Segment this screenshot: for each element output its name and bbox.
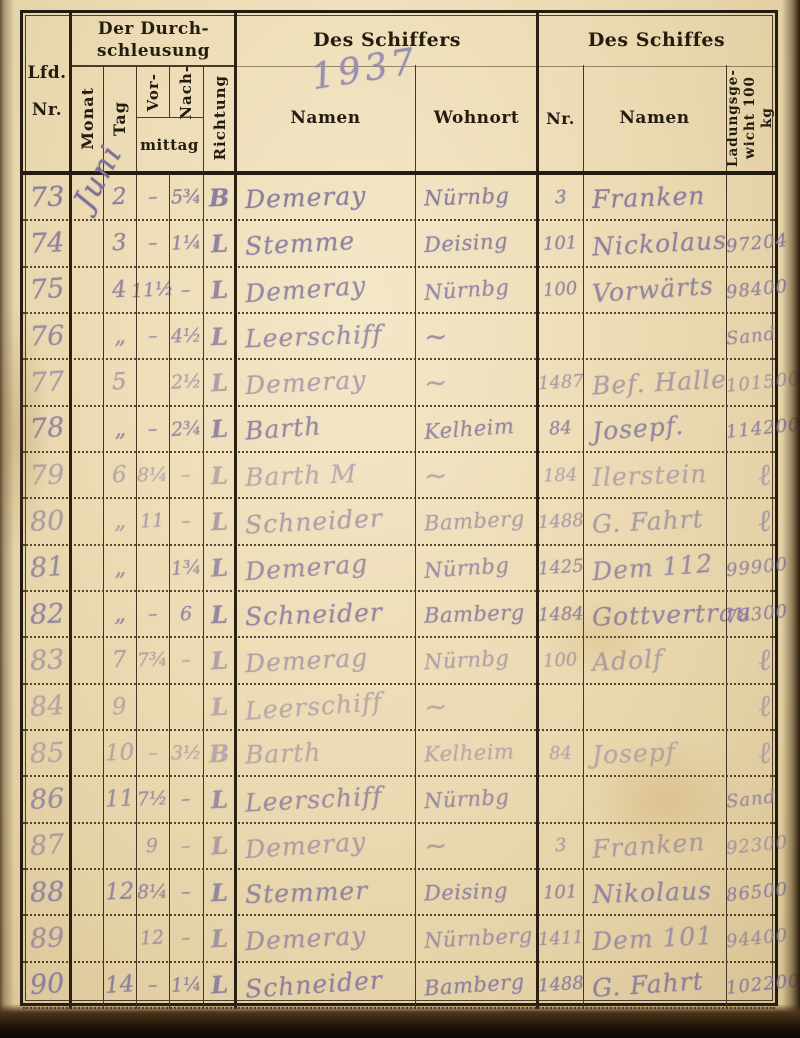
handwritten-entry: Vorwärts bbox=[591, 271, 715, 308]
cell-monat bbox=[71, 407, 103, 451]
cell-schiff-nr bbox=[538, 777, 583, 821]
handwritten-entry: 86500 bbox=[725, 878, 789, 905]
cell-lfd: 81 bbox=[23, 546, 71, 590]
cell-wohnort: Nürnbg bbox=[415, 175, 538, 219]
cell-schiff-name: Dem 112 bbox=[583, 546, 726, 590]
handwritten-entry: Bamberg bbox=[423, 969, 525, 1000]
handwritten-entry: 3 bbox=[112, 230, 128, 257]
cell-schiff-nr: 101 bbox=[538, 870, 583, 914]
handwritten-entry: Kelheim bbox=[424, 740, 515, 767]
cell-wohnort: Kelheim bbox=[415, 731, 538, 775]
cell-monat bbox=[71, 963, 103, 1007]
cell-gewicht: ℓ bbox=[726, 499, 775, 543]
cell-lfd: 84 bbox=[23, 685, 71, 729]
cell-wohnort: Deising bbox=[415, 221, 538, 265]
schiffer-namen-label: Namen bbox=[290, 108, 360, 128]
handwritten-entry: 3 bbox=[554, 186, 566, 207]
col-header-richtung: Richtung bbox=[203, 65, 236, 171]
col-header-gewicht: Ladungsge- wicht 100 kg bbox=[726, 65, 775, 171]
cell-vormittag: – bbox=[136, 731, 169, 775]
handwritten-entry: ~ bbox=[423, 365, 449, 399]
handwritten-entry: 1¼ bbox=[170, 973, 202, 997]
cell-schiffer-name: Demeray bbox=[236, 360, 415, 404]
handwritten-entry: 11 bbox=[140, 510, 165, 533]
handwritten-entry: 100 bbox=[543, 278, 579, 301]
handwritten-entry: ~ bbox=[423, 319, 448, 353]
gewicht-line1: Ladungsge- bbox=[725, 65, 742, 171]
body-divider-tag-vor bbox=[136, 175, 137, 1009]
cell-richtung: L bbox=[203, 546, 236, 590]
cell-richtung: L bbox=[203, 916, 236, 960]
cell-schiff-nr: 101 bbox=[538, 221, 583, 265]
handwritten-entry: L bbox=[211, 877, 229, 907]
cell-vormittag: 8¼ bbox=[136, 453, 169, 497]
handwritten-entry: L bbox=[210, 923, 228, 953]
cell-lfd: 90 bbox=[23, 963, 71, 1007]
cell-vormittag: 9 bbox=[136, 824, 169, 868]
handwritten-entry: L bbox=[210, 785, 228, 815]
handwritten-entry: 1488 bbox=[537, 973, 584, 997]
cell-nachmittag: – bbox=[169, 916, 203, 960]
divider-richtung-schiffer bbox=[234, 13, 237, 171]
divider-vor-nach bbox=[169, 65, 170, 117]
cell-nachmittag: 4½ bbox=[169, 314, 203, 358]
col-header-schiff-namen: Namen bbox=[583, 65, 726, 171]
cell-schiff-nr: 84 bbox=[538, 731, 583, 775]
cell-vormittag: 8¼ bbox=[136, 870, 169, 914]
handwritten-entry: Deising bbox=[424, 879, 509, 906]
cell-wohnort: Nürnbg bbox=[415, 638, 538, 682]
handwritten-entry: 184 bbox=[543, 464, 578, 486]
handwritten-entry: Demeray bbox=[244, 365, 367, 400]
handwritten-entry: 11½ bbox=[130, 277, 174, 302]
handwritten-entry: 1488 bbox=[537, 510, 584, 533]
handwritten-entry: 79 bbox=[29, 459, 64, 491]
cell-richtung: L bbox=[203, 870, 236, 914]
cell-monat bbox=[71, 453, 103, 497]
handwritten-entry: 98400 bbox=[725, 276, 789, 303]
handwritten-entry: – bbox=[147, 186, 157, 208]
handwritten-entry: 12 bbox=[140, 927, 165, 950]
cell-nachmittag: 5¾ bbox=[169, 175, 203, 219]
handwritten-entry: 75 bbox=[29, 273, 65, 306]
handwritten-entry: 1487 bbox=[537, 371, 584, 394]
cell-wohnort: ~ bbox=[415, 360, 538, 404]
col-header-schiff-nr: Nr. bbox=[538, 65, 583, 171]
body-divider-namen-wohnort bbox=[415, 175, 416, 1009]
lfd-line1: Lfd. bbox=[27, 55, 66, 92]
scan-edge-right bbox=[782, 0, 800, 1038]
handwritten-entry: – bbox=[147, 973, 158, 996]
cell-schiff-name: Dem 101 bbox=[583, 916, 726, 960]
handwritten-entry: Demeray bbox=[244, 921, 367, 956]
handwritten-entry: 6 bbox=[112, 462, 128, 488]
cell-gewicht: ℓ bbox=[726, 453, 775, 497]
handwritten-entry: Nickolaus bbox=[591, 225, 727, 261]
cell-richtung: L bbox=[203, 360, 236, 404]
handwritten-entry: Nürnbg bbox=[423, 275, 510, 305]
cell-nachmittag: – bbox=[169, 870, 203, 914]
cell-tag: „ bbox=[103, 314, 136, 358]
cell-vormittag: – bbox=[136, 963, 169, 1007]
handwritten-entry: 8¼ bbox=[137, 881, 168, 904]
cell-schiffer-name: Demeray bbox=[236, 916, 415, 960]
cell-richtung: L bbox=[203, 314, 236, 358]
cell-schiffer-name: Schneider bbox=[236, 499, 415, 543]
ledger-scan: Lfd. Nr. Der Durch- schleusung Monat Tag… bbox=[0, 0, 800, 1038]
cell-gewicht: ℓ bbox=[726, 731, 775, 775]
cell-tag: 6 bbox=[103, 453, 136, 497]
handwritten-entry: Schneider bbox=[245, 597, 384, 631]
lfd-line2: Nr. bbox=[32, 92, 62, 129]
handwritten-entry: 90 bbox=[29, 968, 65, 1001]
cell-lfd: 86 bbox=[23, 777, 71, 821]
handwritten-entry: 74 bbox=[29, 227, 65, 260]
cell-richtung: L bbox=[203, 221, 236, 265]
cell-tag: 10 bbox=[103, 731, 136, 775]
cell-nachmittag: 3½ bbox=[169, 731, 203, 775]
handwritten-entry: L bbox=[210, 970, 229, 1000]
divider-lfd bbox=[69, 13, 72, 171]
cell-richtung: B bbox=[203, 731, 236, 775]
cell-lfd: 88 bbox=[23, 870, 71, 914]
handwritten-entry: Schneider bbox=[244, 503, 383, 539]
cell-tag: 3 bbox=[103, 221, 136, 265]
cell-schiffer-name: Demeray bbox=[236, 824, 415, 868]
handwritten-entry: ~ bbox=[423, 689, 449, 724]
handwritten-entry: – bbox=[180, 834, 191, 857]
cell-richtung: L bbox=[203, 824, 236, 868]
handwritten-entry: Nürnbg bbox=[423, 646, 509, 674]
richtung-label: Richtung bbox=[211, 75, 229, 160]
cell-richtung: L bbox=[203, 268, 236, 312]
handwritten-entry: 84 bbox=[548, 418, 572, 441]
handwritten-entry: ℓ bbox=[756, 689, 773, 725]
handwritten-entry: 85 bbox=[29, 737, 64, 769]
cell-lfd: 82 bbox=[23, 592, 71, 636]
handwritten-entry: Barth bbox=[244, 412, 322, 446]
handwritten-entry: 100 bbox=[543, 649, 578, 672]
cell-schiff-nr: 3 bbox=[538, 824, 583, 868]
cell-gewicht: ℓ bbox=[726, 685, 775, 729]
cell-tag: 11 bbox=[103, 777, 136, 821]
body-divider-wohnort-schiffnr bbox=[536, 175, 539, 1009]
body-divider-vor-nach bbox=[169, 175, 170, 1009]
cell-tag: 12 bbox=[103, 870, 136, 914]
cell-vormittag: – bbox=[136, 592, 169, 636]
cell-tag: 9 bbox=[103, 685, 136, 729]
body-divider-richtung-schiffer bbox=[234, 175, 237, 1009]
handwritten-entry: 78 bbox=[29, 412, 65, 445]
handwritten-entry: 2 bbox=[112, 184, 128, 210]
cell-vormittag: – bbox=[136, 175, 169, 219]
cell-lfd: 78 bbox=[23, 407, 71, 451]
cell-tag: „ bbox=[103, 592, 136, 636]
rule-under-schiff bbox=[538, 66, 775, 67]
cell-schiff-name bbox=[583, 685, 726, 729]
cell-schiff-name: Gottvertrau bbox=[583, 592, 726, 636]
cell-monat bbox=[71, 314, 103, 358]
handwritten-entry: 1484 bbox=[537, 603, 584, 626]
cell-nachmittag: 1¼ bbox=[169, 221, 203, 265]
handwritten-entry: 14 bbox=[104, 971, 135, 999]
handwritten-entry: – bbox=[147, 603, 157, 625]
rule-under-vor-nach bbox=[136, 117, 203, 118]
handwritten-entry: 76 bbox=[29, 320, 64, 352]
handwritten-entry: L bbox=[210, 692, 229, 722]
handwritten-entry: L bbox=[211, 460, 229, 490]
handwritten-entry: L bbox=[210, 275, 229, 305]
handwritten-entry: Adolf bbox=[591, 644, 664, 677]
cell-vormittag bbox=[136, 685, 169, 729]
cell-schiff-nr bbox=[538, 314, 583, 358]
vor-label: Vor- bbox=[144, 73, 162, 111]
cell-vormittag: 7½ bbox=[136, 777, 169, 821]
handwritten-entry: Bef. Halle bbox=[591, 364, 727, 400]
handwritten-entry: 88 bbox=[29, 876, 64, 908]
handwritten-entry: 8¼ bbox=[137, 464, 168, 487]
handwritten-entry: 84 bbox=[549, 742, 573, 764]
handwritten-entry: – bbox=[181, 649, 192, 671]
cell-tag: 7 bbox=[103, 638, 136, 682]
handwritten-entry: 101 bbox=[543, 232, 578, 255]
divider-tag-vor bbox=[136, 65, 137, 171]
cell-wohnort: Nürnbg bbox=[415, 546, 538, 590]
handwritten-entry: Leerschiff bbox=[245, 319, 384, 353]
cell-nachmittag: 1¾ bbox=[169, 546, 203, 590]
handwritten-entry: 84 bbox=[29, 690, 65, 723]
handwritten-entry: Sand bbox=[725, 323, 777, 349]
handwritten-entry: 7 bbox=[112, 647, 128, 674]
cell-schiff-name: Vorwärts bbox=[583, 268, 726, 312]
cell-monat bbox=[71, 499, 103, 543]
handwritten-entry: 3 bbox=[554, 835, 567, 857]
handwritten-entry: 80 bbox=[29, 505, 65, 538]
cell-gewicht bbox=[726, 175, 775, 219]
handwritten-entry: – bbox=[180, 279, 191, 302]
handwritten-entry: Bamberg bbox=[424, 600, 525, 628]
handwritten-entry: 89 bbox=[29, 922, 65, 955]
durchschleusung-line1: Der Durch- bbox=[98, 18, 209, 40]
monat-label: Monat bbox=[78, 87, 97, 150]
cell-vormittag: – bbox=[136, 407, 169, 451]
handwritten-entry: 94400 bbox=[725, 925, 789, 952]
cell-lfd: 74 bbox=[23, 221, 71, 265]
cell-nachmittag: – bbox=[169, 824, 203, 868]
cell-schiffer-name: Stemmer bbox=[236, 870, 415, 914]
cell-schiff-name: G. Fahrt bbox=[583, 499, 726, 543]
handwritten-entry: – bbox=[181, 464, 191, 486]
cell-schiffer-name: Stemme bbox=[236, 221, 415, 265]
handwritten-entry: Dem 101 bbox=[591, 921, 714, 956]
handwritten-entry: 78300 bbox=[725, 600, 789, 627]
register-table: Lfd. Nr. Der Durch- schleusung Monat Tag… bbox=[20, 10, 778, 1006]
cell-vormittag: – bbox=[136, 221, 169, 265]
handwritten-entry: „ bbox=[113, 323, 126, 349]
cell-richtung: L bbox=[203, 777, 236, 821]
cell-lfd: 83 bbox=[23, 638, 71, 682]
handwritten-entry: Nürnbg bbox=[423, 785, 509, 813]
handwritten-entry: Demeray bbox=[244, 271, 367, 308]
nach-label: Nach- bbox=[177, 65, 195, 120]
handwritten-entry: ~ bbox=[423, 828, 449, 863]
cell-wohnort: ~ bbox=[415, 314, 538, 358]
cell-tag: „ bbox=[103, 499, 136, 543]
cell-richtung: L bbox=[203, 407, 236, 451]
cell-wohnort: ~ bbox=[415, 685, 538, 729]
cell-richtung: L bbox=[203, 638, 236, 682]
cell-richtung: L bbox=[203, 453, 236, 497]
handwritten-entry: Sand bbox=[725, 786, 777, 812]
cell-lfd: 89 bbox=[23, 916, 71, 960]
cell-schiff-nr: 1488 bbox=[538, 499, 583, 543]
cell-schiff-name: Franken bbox=[583, 175, 726, 219]
cell-schiff-nr: 1411 bbox=[538, 916, 583, 960]
scan-edge-left bbox=[0, 0, 14, 1038]
body-divider-nach-richtung bbox=[203, 175, 204, 1009]
handwritten-entry: 87 bbox=[29, 829, 65, 862]
cell-tag: „ bbox=[103, 407, 136, 451]
cell-schiffer-name: Leerschiff bbox=[236, 777, 415, 821]
col-header-wohnort: Wohnort bbox=[415, 65, 538, 171]
scan-edge-bottom bbox=[0, 1004, 800, 1038]
wohnort-label: Wohnort bbox=[434, 108, 519, 128]
cell-richtung: L bbox=[203, 592, 236, 636]
handwritten-entry: 12 bbox=[104, 879, 134, 906]
table-header: Lfd. Nr. Der Durch- schleusung Monat Tag… bbox=[23, 13, 775, 171]
handwritten-entry: Demerag bbox=[244, 643, 369, 678]
handwritten-entry: Nürnbg bbox=[424, 184, 510, 211]
handwritten-entry: Deising bbox=[423, 229, 508, 257]
body-divider-lfd bbox=[69, 175, 72, 1009]
handwritten-entry: Bamberg bbox=[423, 507, 525, 536]
cell-wohnort: Nürnbg bbox=[415, 268, 538, 312]
handwritten-entry: Josepf bbox=[592, 737, 677, 769]
schiff-namen-label: Namen bbox=[619, 108, 689, 128]
cell-lfd: 75 bbox=[23, 268, 71, 312]
handwritten-entry: Nürnbg bbox=[423, 553, 510, 583]
cell-schiff-name: Franken bbox=[583, 824, 726, 868]
handwritten-entry: ℓ bbox=[756, 642, 773, 678]
cell-nachmittag: – bbox=[169, 638, 203, 682]
handwritten-entry: 4 bbox=[111, 276, 127, 303]
tag-label: Tag bbox=[110, 101, 129, 136]
handwritten-entry: 7½ bbox=[137, 788, 169, 812]
cell-wohnort: Bamberg bbox=[415, 592, 538, 636]
cell-schiff-nr bbox=[538, 685, 583, 729]
mittag-label: mittag bbox=[140, 136, 199, 154]
handwritten-entry: 73 bbox=[29, 181, 64, 213]
handwritten-entry: 1¼ bbox=[170, 232, 202, 256]
cell-richtung: L bbox=[203, 685, 236, 729]
cell-gewicht: ℓ bbox=[726, 638, 775, 682]
cell-lfd: 76 bbox=[23, 314, 71, 358]
cell-schiff-nr: 184 bbox=[538, 453, 583, 497]
cell-schiffer-name: Schneider bbox=[236, 963, 415, 1007]
handwritten-entry: L bbox=[210, 507, 228, 537]
handwritten-entry: – bbox=[147, 417, 158, 440]
cell-wohnort: Nürnbg bbox=[415, 777, 538, 821]
cell-monat bbox=[71, 221, 103, 265]
handwritten-entry: L bbox=[211, 599, 229, 629]
handwritten-entry: Leerschiff bbox=[244, 781, 383, 817]
handwritten-entry: Nürnberg bbox=[423, 924, 533, 954]
handwritten-entry: 1411 bbox=[537, 927, 584, 950]
handwritten-entry: Stemmer bbox=[245, 875, 369, 908]
cell-richtung: B bbox=[203, 175, 236, 219]
cell-schiff-name: Bef. Halle bbox=[583, 360, 726, 404]
handwritten-entry: 6 bbox=[180, 603, 193, 625]
cell-schiffer-name: Barth bbox=[236, 731, 415, 775]
handwritten-entry: 82 bbox=[29, 598, 64, 630]
divider-schiffnr-name bbox=[583, 65, 584, 171]
cell-monat bbox=[71, 685, 103, 729]
handwritten-entry: Demerag bbox=[244, 549, 369, 587]
cell-schiff-name bbox=[583, 314, 726, 358]
handwritten-entry: 92300 bbox=[725, 832, 789, 859]
cell-schiffer-name: Demerag bbox=[236, 638, 415, 682]
handwritten-entry: – bbox=[181, 927, 192, 949]
handwritten-entry: – bbox=[181, 788, 192, 810]
table-body: 732–5¾BDemerayNürnbg3Franken743–1¼LStemm… bbox=[23, 171, 775, 1009]
cell-lfd: 79 bbox=[23, 453, 71, 497]
group-header-schiff: Des Schiffes bbox=[538, 15, 775, 65]
cell-monat bbox=[71, 546, 103, 590]
cell-schiff-nr: 1425 bbox=[538, 546, 583, 590]
handwritten-entry: G. Fahrt bbox=[591, 504, 704, 539]
handwritten-entry: Barth bbox=[245, 737, 322, 769]
handwritten-entry: Demeray bbox=[245, 181, 367, 214]
handwritten-entry: 1425 bbox=[537, 556, 584, 580]
cell-tag bbox=[103, 824, 136, 868]
cell-lfd: 77 bbox=[23, 360, 71, 404]
cell-tag bbox=[103, 916, 136, 960]
handwritten-entry: 9 bbox=[111, 693, 127, 720]
handwritten-entry: 2½ bbox=[170, 371, 202, 395]
cell-nachmittag: 1¼ bbox=[169, 963, 203, 1007]
handwritten-entry: L bbox=[210, 229, 228, 259]
handwritten-entry: ℓ bbox=[756, 503, 773, 539]
handwritten-entry: Demeray bbox=[244, 827, 367, 864]
body-divider-schiffnr-name bbox=[583, 175, 584, 1009]
cell-lfd: 80 bbox=[23, 499, 71, 543]
handwritten-entry: L bbox=[210, 553, 229, 583]
cell-schiff-name: Adolf bbox=[583, 638, 726, 682]
cell-wohnort: Bamberg bbox=[415, 499, 538, 543]
cell-schiff-nr: 84 bbox=[538, 407, 583, 451]
cell-schiffer-name: Demeray bbox=[236, 175, 415, 219]
cell-schiff-nr: 100 bbox=[538, 268, 583, 312]
schiff-group-label: Des Schiffes bbox=[588, 29, 725, 51]
cell-nachmittag: – bbox=[169, 268, 203, 312]
cell-vormittag: 12 bbox=[136, 916, 169, 960]
handwritten-entry: Stemme bbox=[244, 226, 356, 261]
handwritten-entry: 86 bbox=[29, 783, 65, 816]
handwritten-entry: 9 bbox=[146, 834, 160, 857]
cell-tag: 14 bbox=[103, 963, 136, 1007]
cell-monat bbox=[71, 268, 103, 312]
cell-schiff-name bbox=[583, 777, 726, 821]
handwritten-entry: L bbox=[210, 368, 228, 398]
handwritten-entry: B bbox=[209, 738, 230, 768]
cell-tag: 5 bbox=[103, 360, 136, 404]
handwritten-entry: Leerschiff bbox=[244, 688, 383, 727]
cell-wohnort: Bamberg bbox=[415, 963, 538, 1007]
cell-schiffer-name: Schneider bbox=[236, 592, 415, 636]
handwritten-entry: 97204 bbox=[725, 230, 789, 257]
cell-wohnort: Deising bbox=[415, 870, 538, 914]
cell-schiff-name: Nikolaus bbox=[583, 870, 726, 914]
